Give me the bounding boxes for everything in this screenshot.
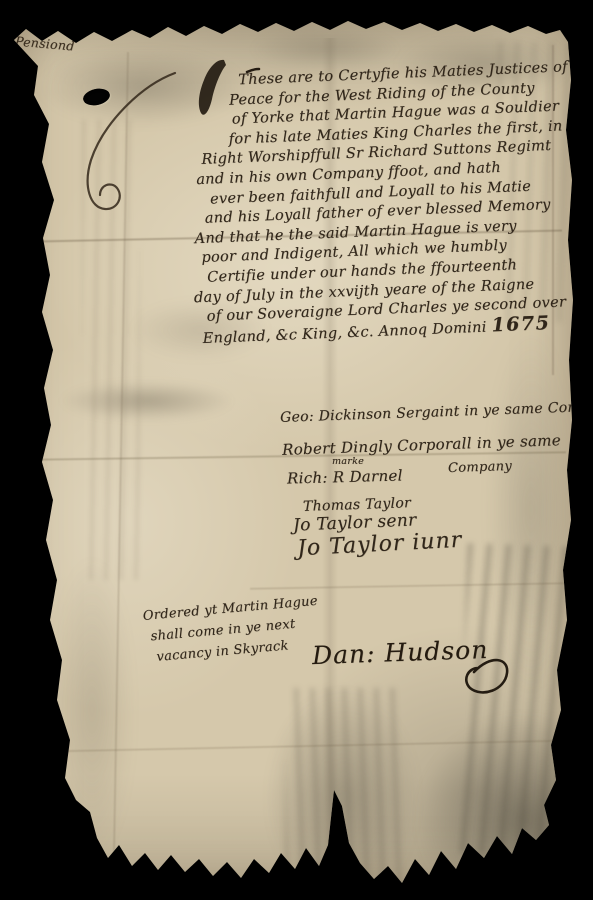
stain: [418, 715, 593, 900]
docket-note: Pensiond: [14, 33, 75, 53]
signature-darnel-marke: marke: [332, 456, 364, 467]
signature-dan-hudson: Dan: Hudson: [312, 635, 489, 670]
signature-dingly-company: Company: [448, 459, 512, 476]
paper-hole: [82, 86, 112, 107]
document-photo: Pensiond These are to Certyfie his Matie…: [0, 0, 593, 900]
smudge-streaks: [285, 688, 405, 898]
crease-line: [113, 52, 129, 852]
signature-dickinson: Geo: Dickinson Sergaint in ye same Compa…: [280, 398, 593, 426]
crease-line: [60, 740, 560, 752]
signature-darnel: Rich: R Darnel: [287, 466, 403, 487]
smudge-streaks: [457, 543, 580, 857]
stain: [488, 330, 574, 690]
parchment-sheet: Pensiond These are to Certyfie his Matie…: [0, 0, 593, 900]
certificate-text: These are to Certyfie his Maties Justice…: [172, 58, 593, 351]
ink-speck: [22, 134, 27, 138]
crease-line: [250, 582, 568, 590]
order-note: Ordered yt Martin Hague shall come in ye…: [142, 591, 322, 669]
document-year: 1675: [491, 312, 551, 336]
stain: [62, 382, 232, 420]
smudge-streaks: [82, 120, 140, 580]
stain: [52, 560, 132, 860]
stain: [250, 28, 400, 70]
stain: [268, 690, 418, 900]
signature-dingly: Robert Dingly Corporall in ye same: [282, 431, 561, 459]
signature-paraph: [466, 660, 507, 692]
